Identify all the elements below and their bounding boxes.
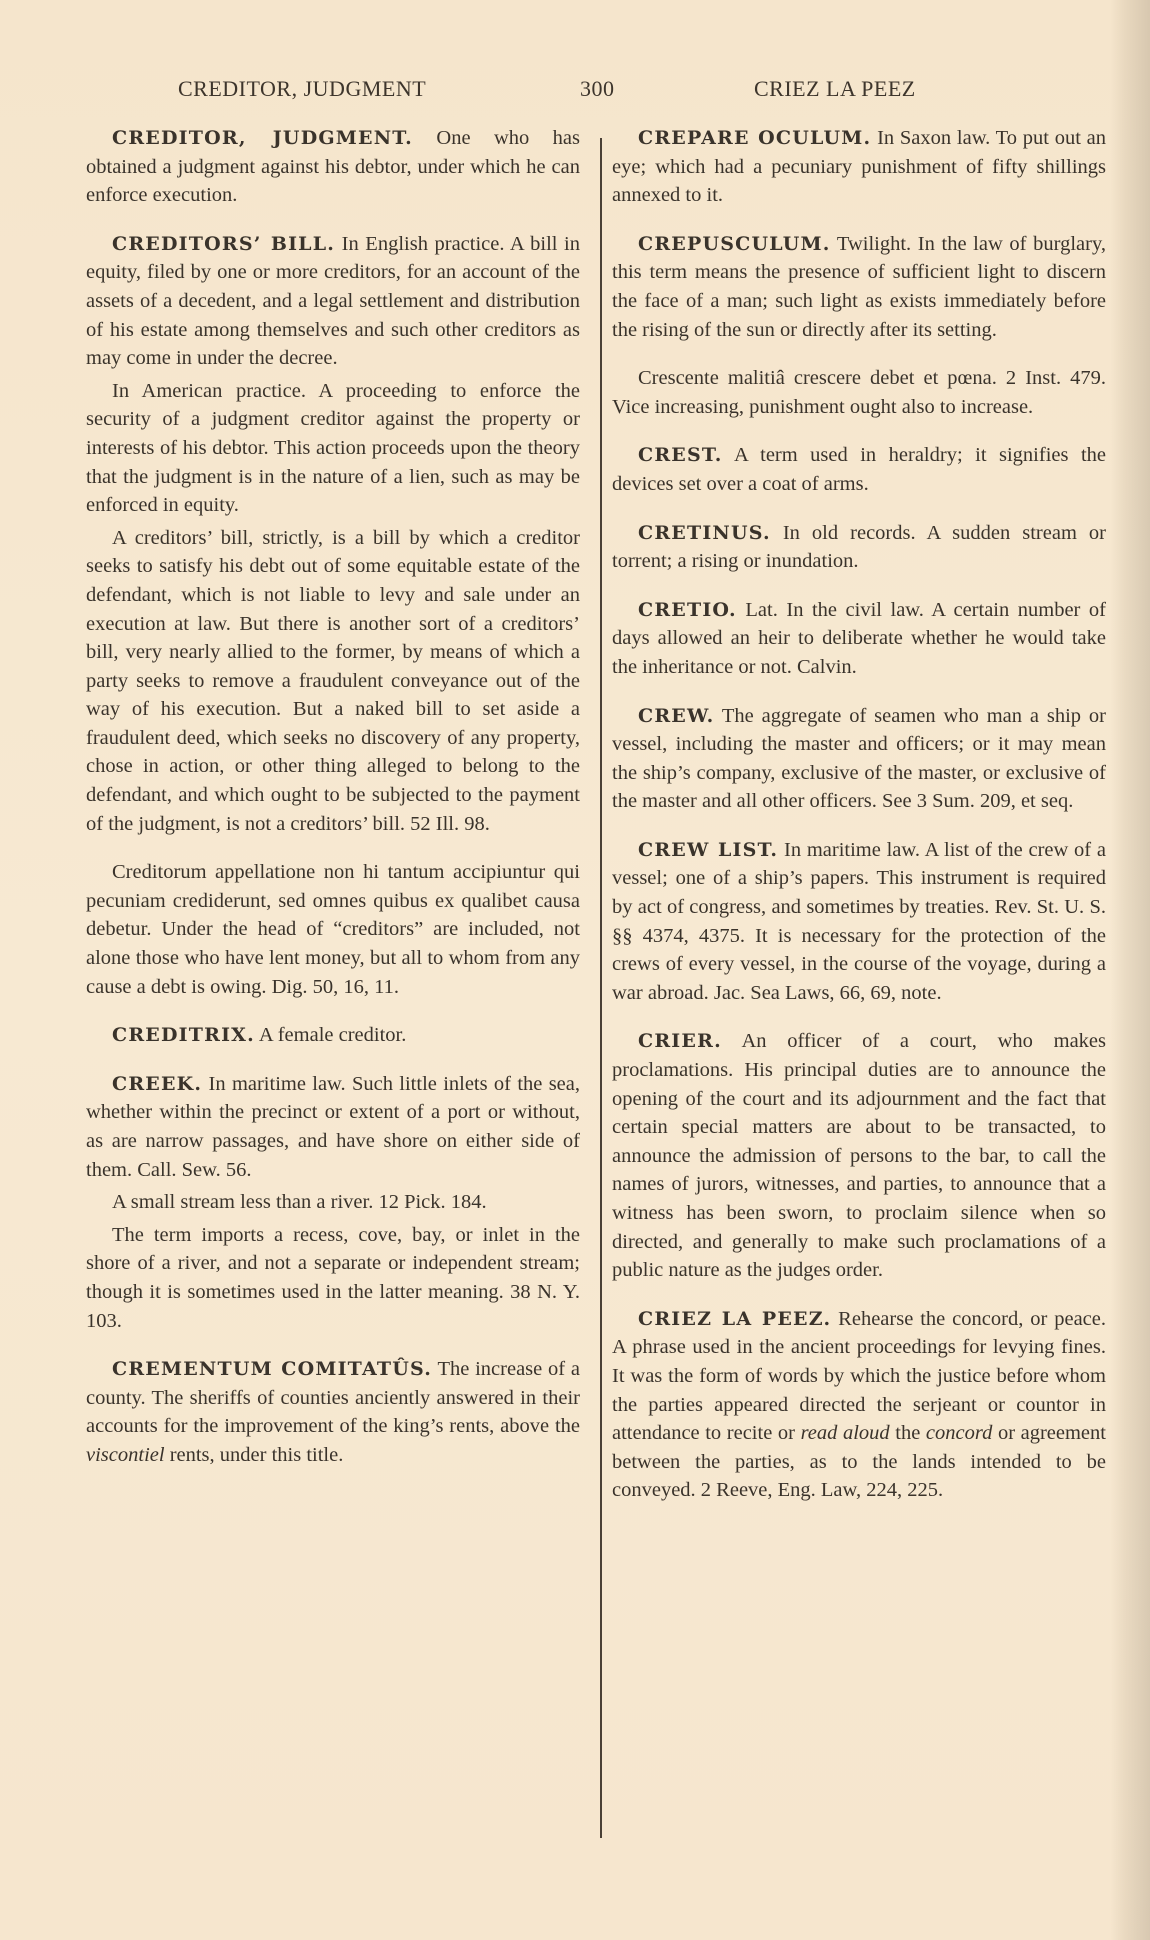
definition-tail: rents, under this title. bbox=[165, 1444, 344, 1466]
headword: CRETINUS. bbox=[638, 522, 771, 544]
entry-crier: CRIER. An officer of a court, who makes … bbox=[612, 1027, 1106, 1284]
headword: CRIER. bbox=[638, 1030, 722, 1052]
definition: A female creditor. bbox=[255, 1024, 406, 1046]
headword: CREPUSCULUM. bbox=[638, 233, 831, 255]
headword: CREDITRIX. bbox=[112, 1024, 255, 1046]
entry-cretio: CRETIO. Lat. In the civil law. A certain… bbox=[612, 596, 1106, 682]
headword: CRIEZ LA PEEZ. bbox=[638, 1308, 831, 1330]
definition: An officer of a court, who makes proclam… bbox=[612, 1030, 1106, 1281]
entry-creditors-bill: CREDITORS’ BILL. In English practice. A … bbox=[86, 230, 580, 373]
headword: CREST. bbox=[638, 444, 723, 466]
headword: CRETIO. bbox=[638, 599, 737, 621]
headword: CREDITOR, JUDGMENT. bbox=[112, 127, 413, 149]
definition-mid: the bbox=[890, 1422, 926, 1444]
headword: CREW LIST. bbox=[638, 839, 778, 861]
entry-crepare-oculum: CREPARE OCULUM. In Saxon law. To put out… bbox=[612, 124, 1106, 210]
right-column: CREPARE OCULUM. In Saxon law. To put out… bbox=[612, 124, 1106, 1525]
headword: CREMENTUM COMITATÛS. bbox=[112, 1358, 432, 1380]
headword: CREPARE OCULUM. bbox=[638, 127, 871, 149]
italic-term: concord bbox=[926, 1422, 992, 1444]
entry-creditrix: CREDITRIX. A female creditor. bbox=[86, 1021, 580, 1050]
definition: In maritime law. A list of the crew of a… bbox=[612, 839, 1106, 1004]
entry-cretinus: CRETINUS. In old records. A sudden strea… bbox=[612, 519, 1106, 576]
entry-crepusculum: CREPUSCULUM. Twilight. In the law of bur… bbox=[612, 230, 1106, 344]
entry-maxim-crescente: Crescente malitiâ crescere debet et pœna… bbox=[612, 364, 1106, 421]
page-number: 300 bbox=[580, 76, 615, 102]
entry-criez-la-peez: CRIEZ LA PEEZ. Rehearse the concord, or … bbox=[612, 1305, 1106, 1505]
entry-paragraph: In American practice. A proceeding to en… bbox=[86, 377, 580, 520]
headword: CREW. bbox=[638, 705, 714, 727]
headword: CREEK. bbox=[112, 1073, 202, 1095]
entry-paragraph: A small stream less than a river. 12 Pic… bbox=[86, 1188, 580, 1217]
entry-crew-list: CREW LIST. In maritime law. A list of th… bbox=[612, 836, 1106, 1008]
running-head: CREDITOR, JUDGMENT 300 CRIEZ LA PEEZ bbox=[0, 76, 1150, 106]
entry-paragraph: A creditors’ bill, strictly, is a bill b… bbox=[86, 524, 580, 839]
entry-crementum-comitatus: CREMENTUM COMITATÛS. The increase of a c… bbox=[86, 1355, 580, 1469]
column-divider bbox=[600, 138, 602, 1838]
entry-paragraph: The term imports a recess, cove, bay, or… bbox=[86, 1221, 580, 1335]
entry-maxim-creditorum: Creditorum appellatione non hi tantum ac… bbox=[86, 858, 580, 1001]
italic-phrase: read aloud bbox=[801, 1422, 890, 1444]
italic-term: viscontiel bbox=[86, 1444, 165, 1466]
headword: CREDITORS’ BILL. bbox=[112, 233, 335, 255]
guide-word-left: CREDITOR, JUDGMENT bbox=[178, 76, 426, 102]
left-column: CREDITOR, JUDGMENT. One who has obtained… bbox=[86, 124, 580, 1490]
guide-word-right: CRIEZ LA PEEZ bbox=[754, 76, 916, 102]
dictionary-page: CREDITOR, JUDGMENT 300 CRIEZ LA PEEZ CRE… bbox=[0, 0, 1150, 1940]
entry-crew: CREW. The aggregate of seamen who man a … bbox=[612, 702, 1106, 816]
entry-crest: CREST. A term used in heraldry; it signi… bbox=[612, 441, 1106, 498]
entry-creditor-judgment: CREDITOR, JUDGMENT. One who has obtained… bbox=[86, 124, 580, 210]
entry-creek: CREEK. In maritime law. Such little inle… bbox=[86, 1070, 580, 1184]
